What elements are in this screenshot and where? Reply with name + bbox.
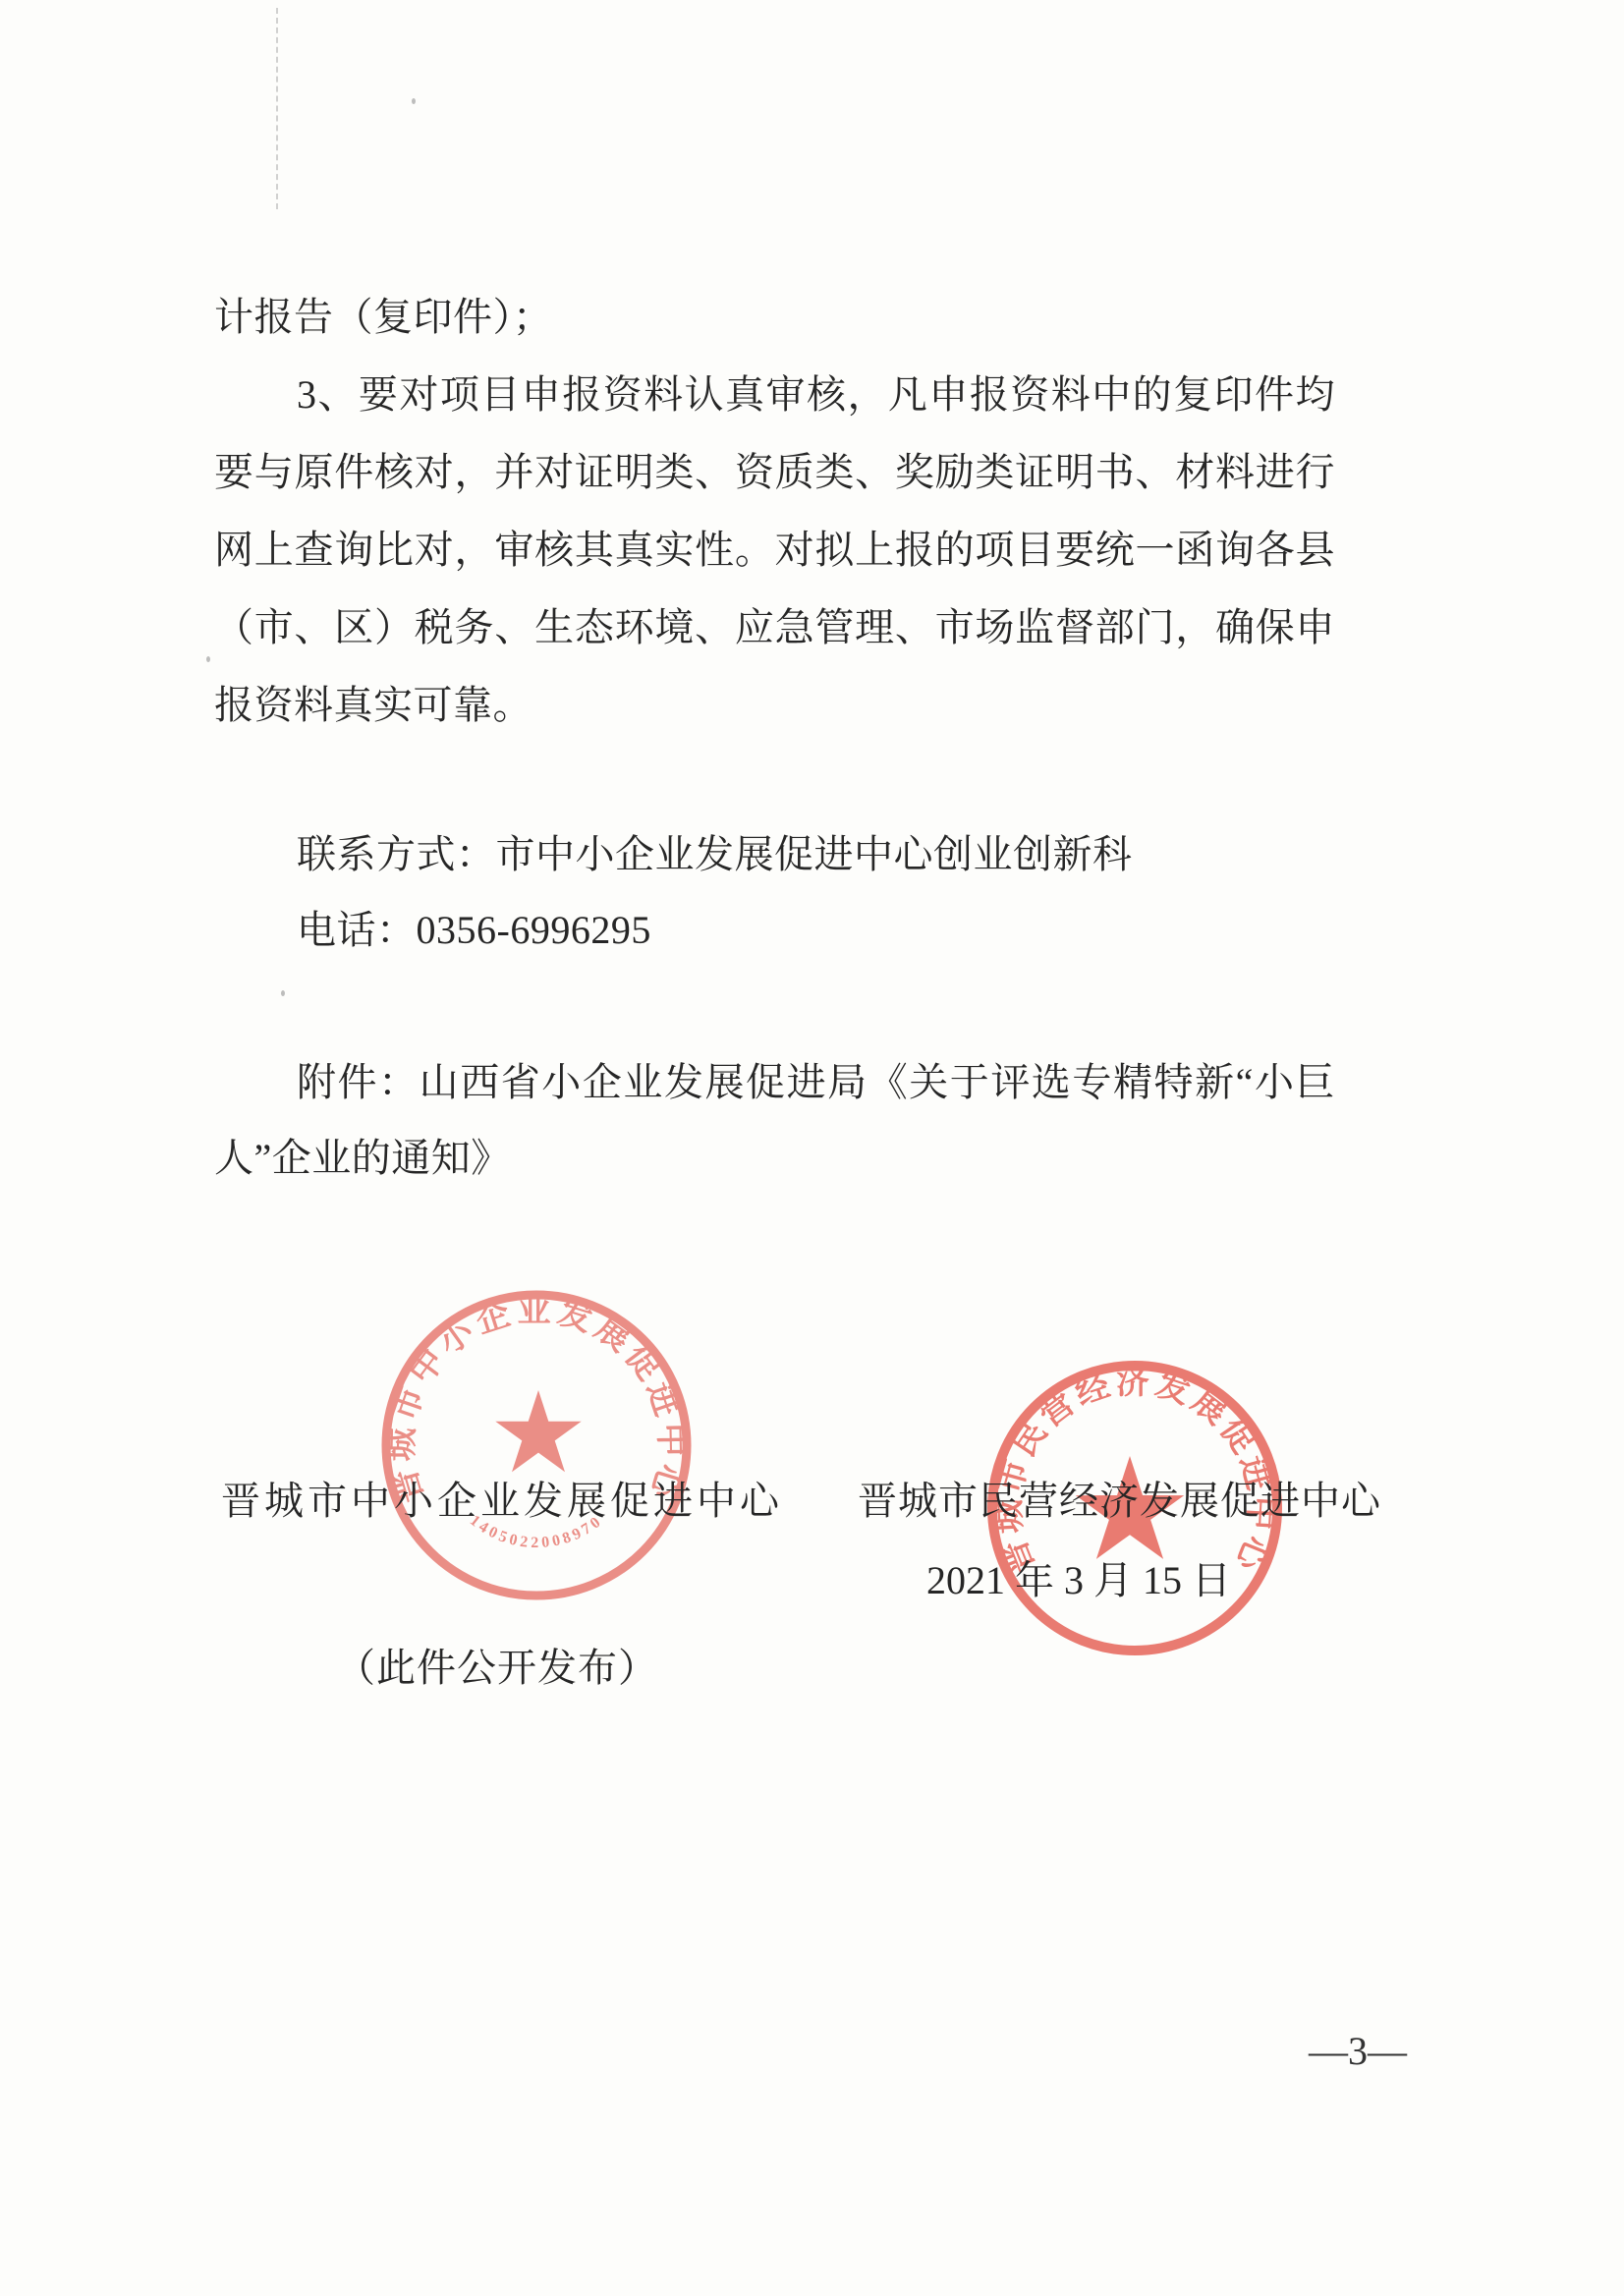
contact-info: 联系方式：市中小企业发展促进中心创业创新科 电话：0356-6996295 [214,816,1335,968]
phone-line: 电话：0356-6996295 [214,892,1335,968]
page-number: —3— [1309,2028,1407,2074]
contact-line: 联系方式：市中小企业发展促进中心创业创新科 [214,816,1335,892]
body-line: 要与原件核对，并对证明类、资质类、奖励类证明书、材料进行 [214,433,1335,511]
attachment-line: 人”企业的通知》 [214,1120,1335,1196]
body-line: 计报告（复印件）； [214,278,1335,356]
document-date: 2021 年 3 月 15 日 [926,1549,1231,1605]
publish-note: （此件公开发布） [336,1637,658,1693]
scanned-document-page: 计报告（复印件）； 3、要对项目申报资料认真审核，凡申报资料中的复印件均 要与原… [0,0,1624,2296]
signature-right-org: 晋城市民营经济发展促进中心 [858,1470,1381,1526]
scan-artifact [206,656,210,662]
scan-artifact [276,8,280,209]
signature-left-org: 晋城市中小企业发展促进中心 [221,1470,783,1526]
body-line: （市、区）税务、生态环境、应急管理、市场监督部门，确保申 [214,588,1335,666]
body-line: 报资料真实可靠。 [214,666,1335,744]
body-line: 3、要对项目申报资料认真审核，凡申报资料中的复印件均 [214,356,1335,433]
scan-artifact [281,990,285,996]
body-line: 网上查询比对，审核其真实性。对拟上报的项目要统一函询各县 [214,511,1335,588]
attachment-reference: 附件：山西省小企业发展促进局《关于评选专精特新“小巨 人”企业的通知》 [214,1044,1335,1196]
star-icon [495,1390,581,1472]
attachment-line: 附件：山西省小企业发展促进局《关于评选专精特新“小巨 [214,1044,1335,1120]
scan-artifact [412,98,416,104]
official-seal-left: 晋城市中小企业发展促进中心 1405022008970 [369,1278,703,1612]
document-body: 计报告（复印件）； 3、要对项目申报资料认真审核，凡申报资料中的复印件均 要与原… [214,278,1335,744]
